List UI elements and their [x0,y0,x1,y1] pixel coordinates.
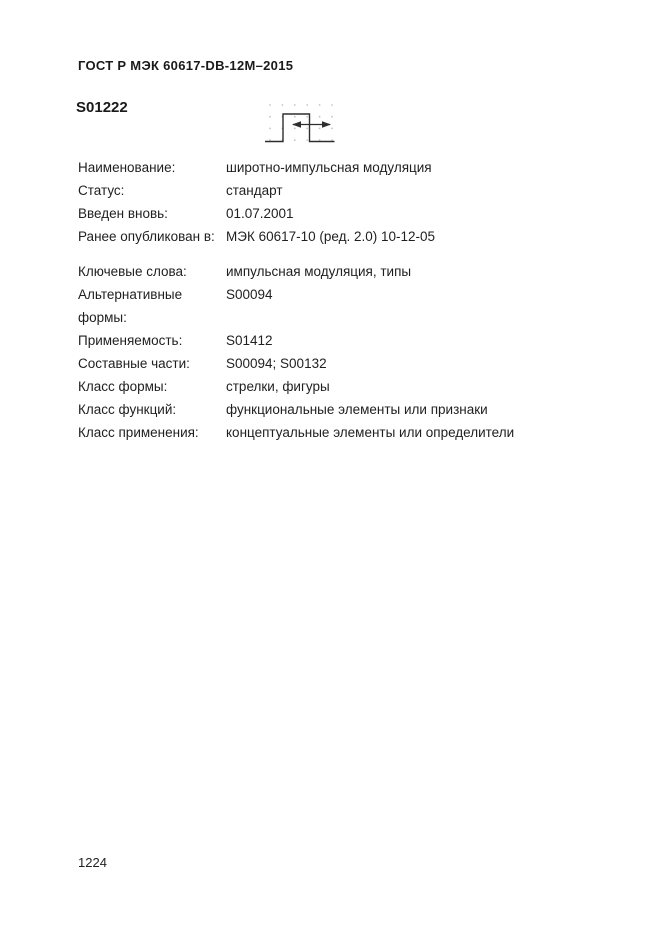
attribute-label: Ключевые слова: [78,260,226,283]
attribute-value: S00094 [226,283,618,306]
attribute-row: Статус: стандарт [78,179,618,202]
attribute-row: Применяемость: S01412 [78,329,618,352]
attribute-label: Наименование: [78,156,226,179]
attribute-row: Составные части: S00094; S00132 [78,352,618,375]
attribute-label: Альтернативные формы: [78,283,226,329]
attributes-list: Наименование: широтно-импульсная модуляц… [78,156,618,444]
attribute-row: Класс применения: концептуальные элемент… [78,421,618,444]
attribute-value: S01412 [226,329,618,352]
attribute-label: Статус: [78,179,226,202]
attribute-row: Ранее опубликован в: МЭК 60617-10 (ред. … [78,225,618,248]
attribute-label: Класс функций: [78,398,226,421]
attribute-label: Класс формы: [78,375,226,398]
attribute-value: стрелки, фигуры [226,375,618,398]
attribute-label: Класс применения: [78,421,226,444]
document-page: ГОСТ Р МЭК 60617-DB-12M–2015 S01222 Наим… [0,0,661,936]
attribute-value: S00094; S00132 [226,352,618,375]
attribute-label: Ранее опубликован в: [78,225,226,248]
pulse-width-modulation-icon [262,100,342,152]
pulse-waveform [265,114,335,142]
page-number: 1224 [78,855,107,870]
symbol-id-heading: S01222 [76,99,128,116]
attribute-row: Наименование: широтно-импульсная модуляц… [78,156,618,179]
symbol-figure [262,100,342,152]
width-variation-arrow [292,121,331,128]
attribute-label: Составные части: [78,352,226,375]
attribute-value: 01.07.2001 [226,202,618,225]
attribute-row: Класс функций: функциональные элементы и… [78,398,618,421]
attribute-label: Применяемость: [78,329,226,352]
attribute-value: МЭК 60617-10 (ред. 2.0) 10-12-05 [226,225,618,248]
attribute-row: Введен вновь: 01.07.2001 [78,202,618,225]
attribute-label: Введен вновь: [78,202,226,225]
attribute-value: импульсная модуляция, типы [226,260,618,283]
attribute-value: функциональные элементы или признаки [226,398,618,421]
attribute-value: широтно-импульсная модуляция [226,156,618,179]
attribute-value: концептуальные элементы или определители [226,421,618,444]
attribute-row: Класс формы: стрелки, фигуры [78,375,618,398]
document-header: ГОСТ Р МЭК 60617-DB-12M–2015 [78,58,293,73]
attribute-value: стандарт [226,179,618,202]
attribute-row: Ключевые слова: импульсная модуляция, ти… [78,260,618,283]
attribute-row: Альтернативные формы: S00094 [78,283,618,329]
